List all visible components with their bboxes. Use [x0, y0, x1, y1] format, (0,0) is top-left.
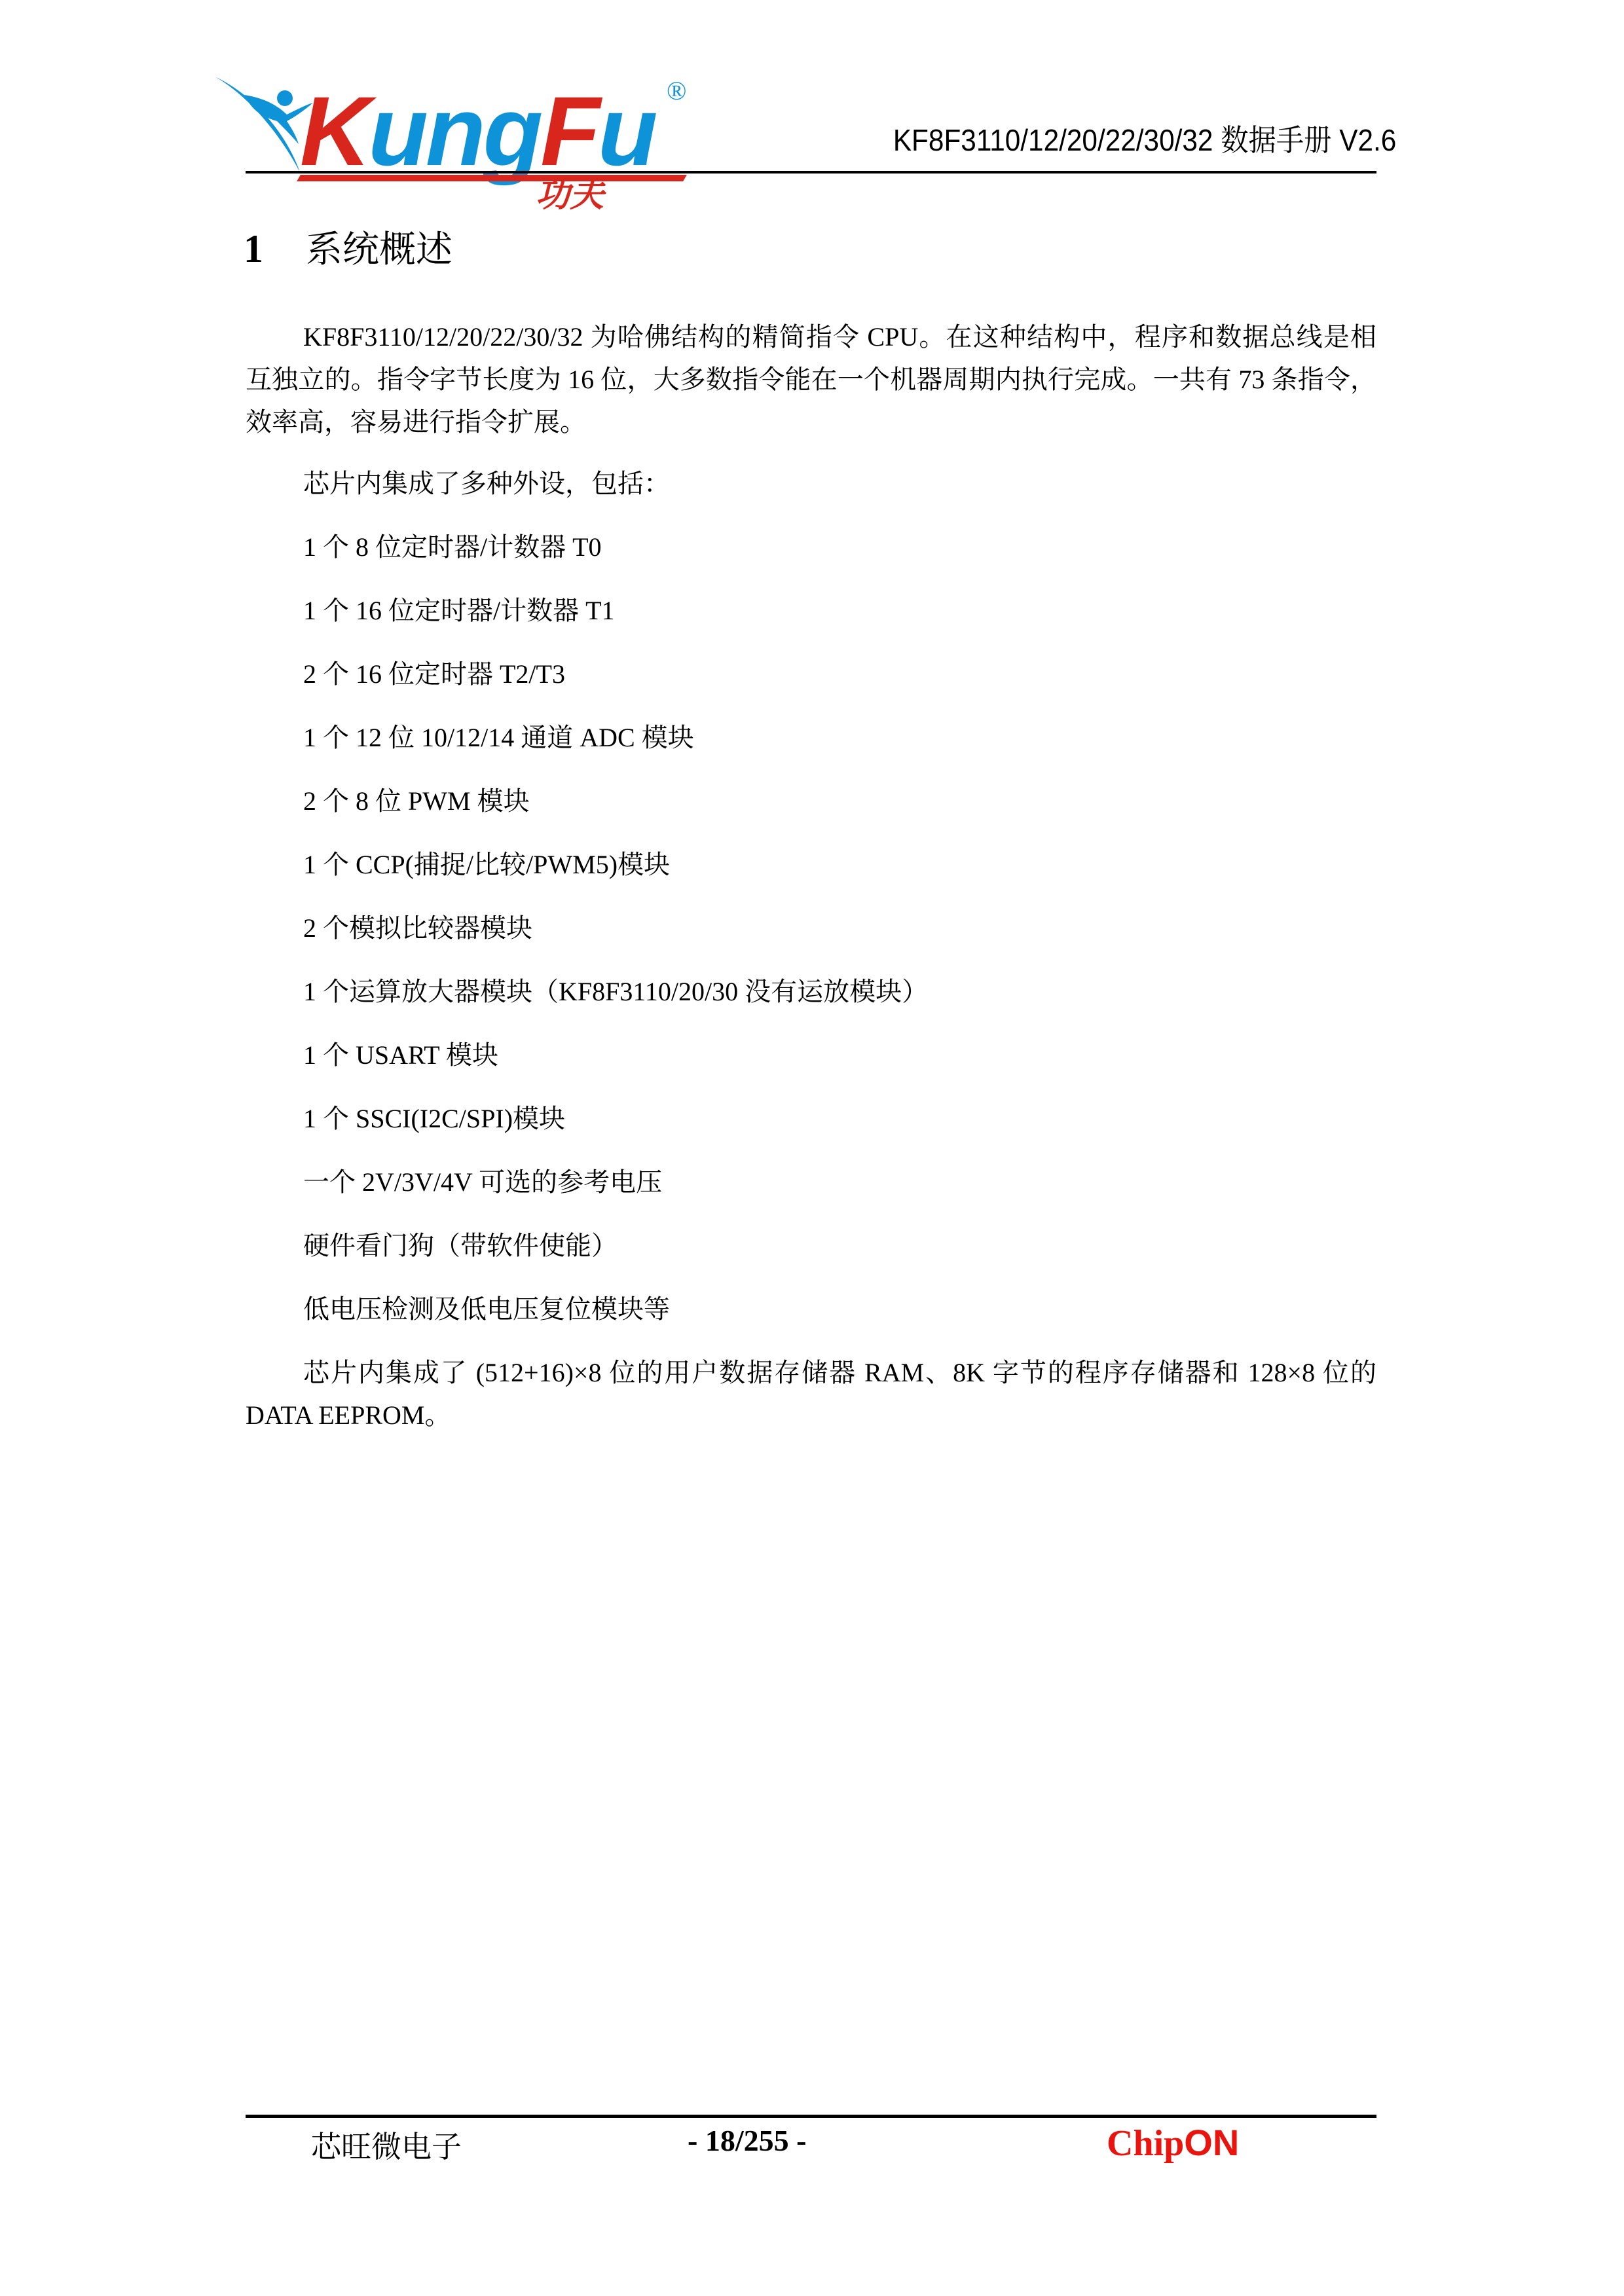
list-item: 低电压检测及低电压复位模块等	[303, 1288, 670, 1330]
logo-red-underline	[297, 175, 687, 181]
list-item: 1 个 12 位 10/12/14 通道 ADC 模块	[303, 716, 694, 759]
footer-divider	[246, 2115, 1376, 2118]
header-divider	[246, 171, 1376, 173]
list-item: 1 个 USART 模块	[303, 1034, 498, 1076]
kungfu-logo: KungFu ® 功夫	[208, 69, 706, 200]
list-item: 1 个 CCP(捕捉/比较/PWM5)模块	[303, 843, 670, 886]
list-item: 2 个 16 位定时器 T2/T3	[303, 653, 565, 695]
section-number: 1	[244, 229, 306, 268]
list-item: 硬件看门狗（带软件使能）	[303, 1224, 618, 1267]
list-item: 1 个 16 位定时器/计数器 T1	[303, 589, 615, 632]
peripherals-intro: 芯片内集成了多种外设，包括：	[303, 462, 670, 505]
chipon-logo-chip: Chip	[1107, 2123, 1184, 2164]
chipon-logo: ChipON	[1107, 2121, 1239, 2164]
page-number: - 18/255 -	[688, 2123, 806, 2158]
footer-company: 芯旺微电子	[311, 2123, 462, 2166]
memory-paragraph: 芯片内集成了 (512+16)×8 位的用户数据存储器 RAM、8K 字节的程序…	[246, 1351, 1376, 1436]
chipon-logo-on: ON	[1184, 2122, 1239, 2163]
kungfu-wordmark: KungFu	[300, 82, 655, 180]
registered-mark: ®	[667, 75, 686, 106]
list-item: 一个 2V/3V/4V 可选的参考电压	[303, 1161, 662, 1203]
section-title: 系统概述	[306, 228, 452, 271]
document-title: KF8F3110/12/20/22/30/32 数据手册 V2.6	[893, 117, 1396, 160]
list-item: 1 个 SSCI(I2C/SPI)模块	[303, 1097, 565, 1140]
logo-chinese-mark: 功夫	[536, 167, 604, 216]
section-heading: 1系统概述	[244, 229, 452, 268]
list-item: 1 个运算放大器模块（KF8F3110/20/30 没有运放模块）	[303, 970, 928, 1013]
list-item: 2 个模拟比较器模块	[303, 907, 532, 949]
intro-paragraph: KF8F3110/12/20/22/30/32 为哈佛结构的精简指令 CPU。在…	[246, 316, 1376, 443]
list-item: 1 个 8 位定时器/计数器 T0	[303, 526, 602, 568]
list-item: 2 个 8 位 PWM 模块	[303, 780, 530, 822]
